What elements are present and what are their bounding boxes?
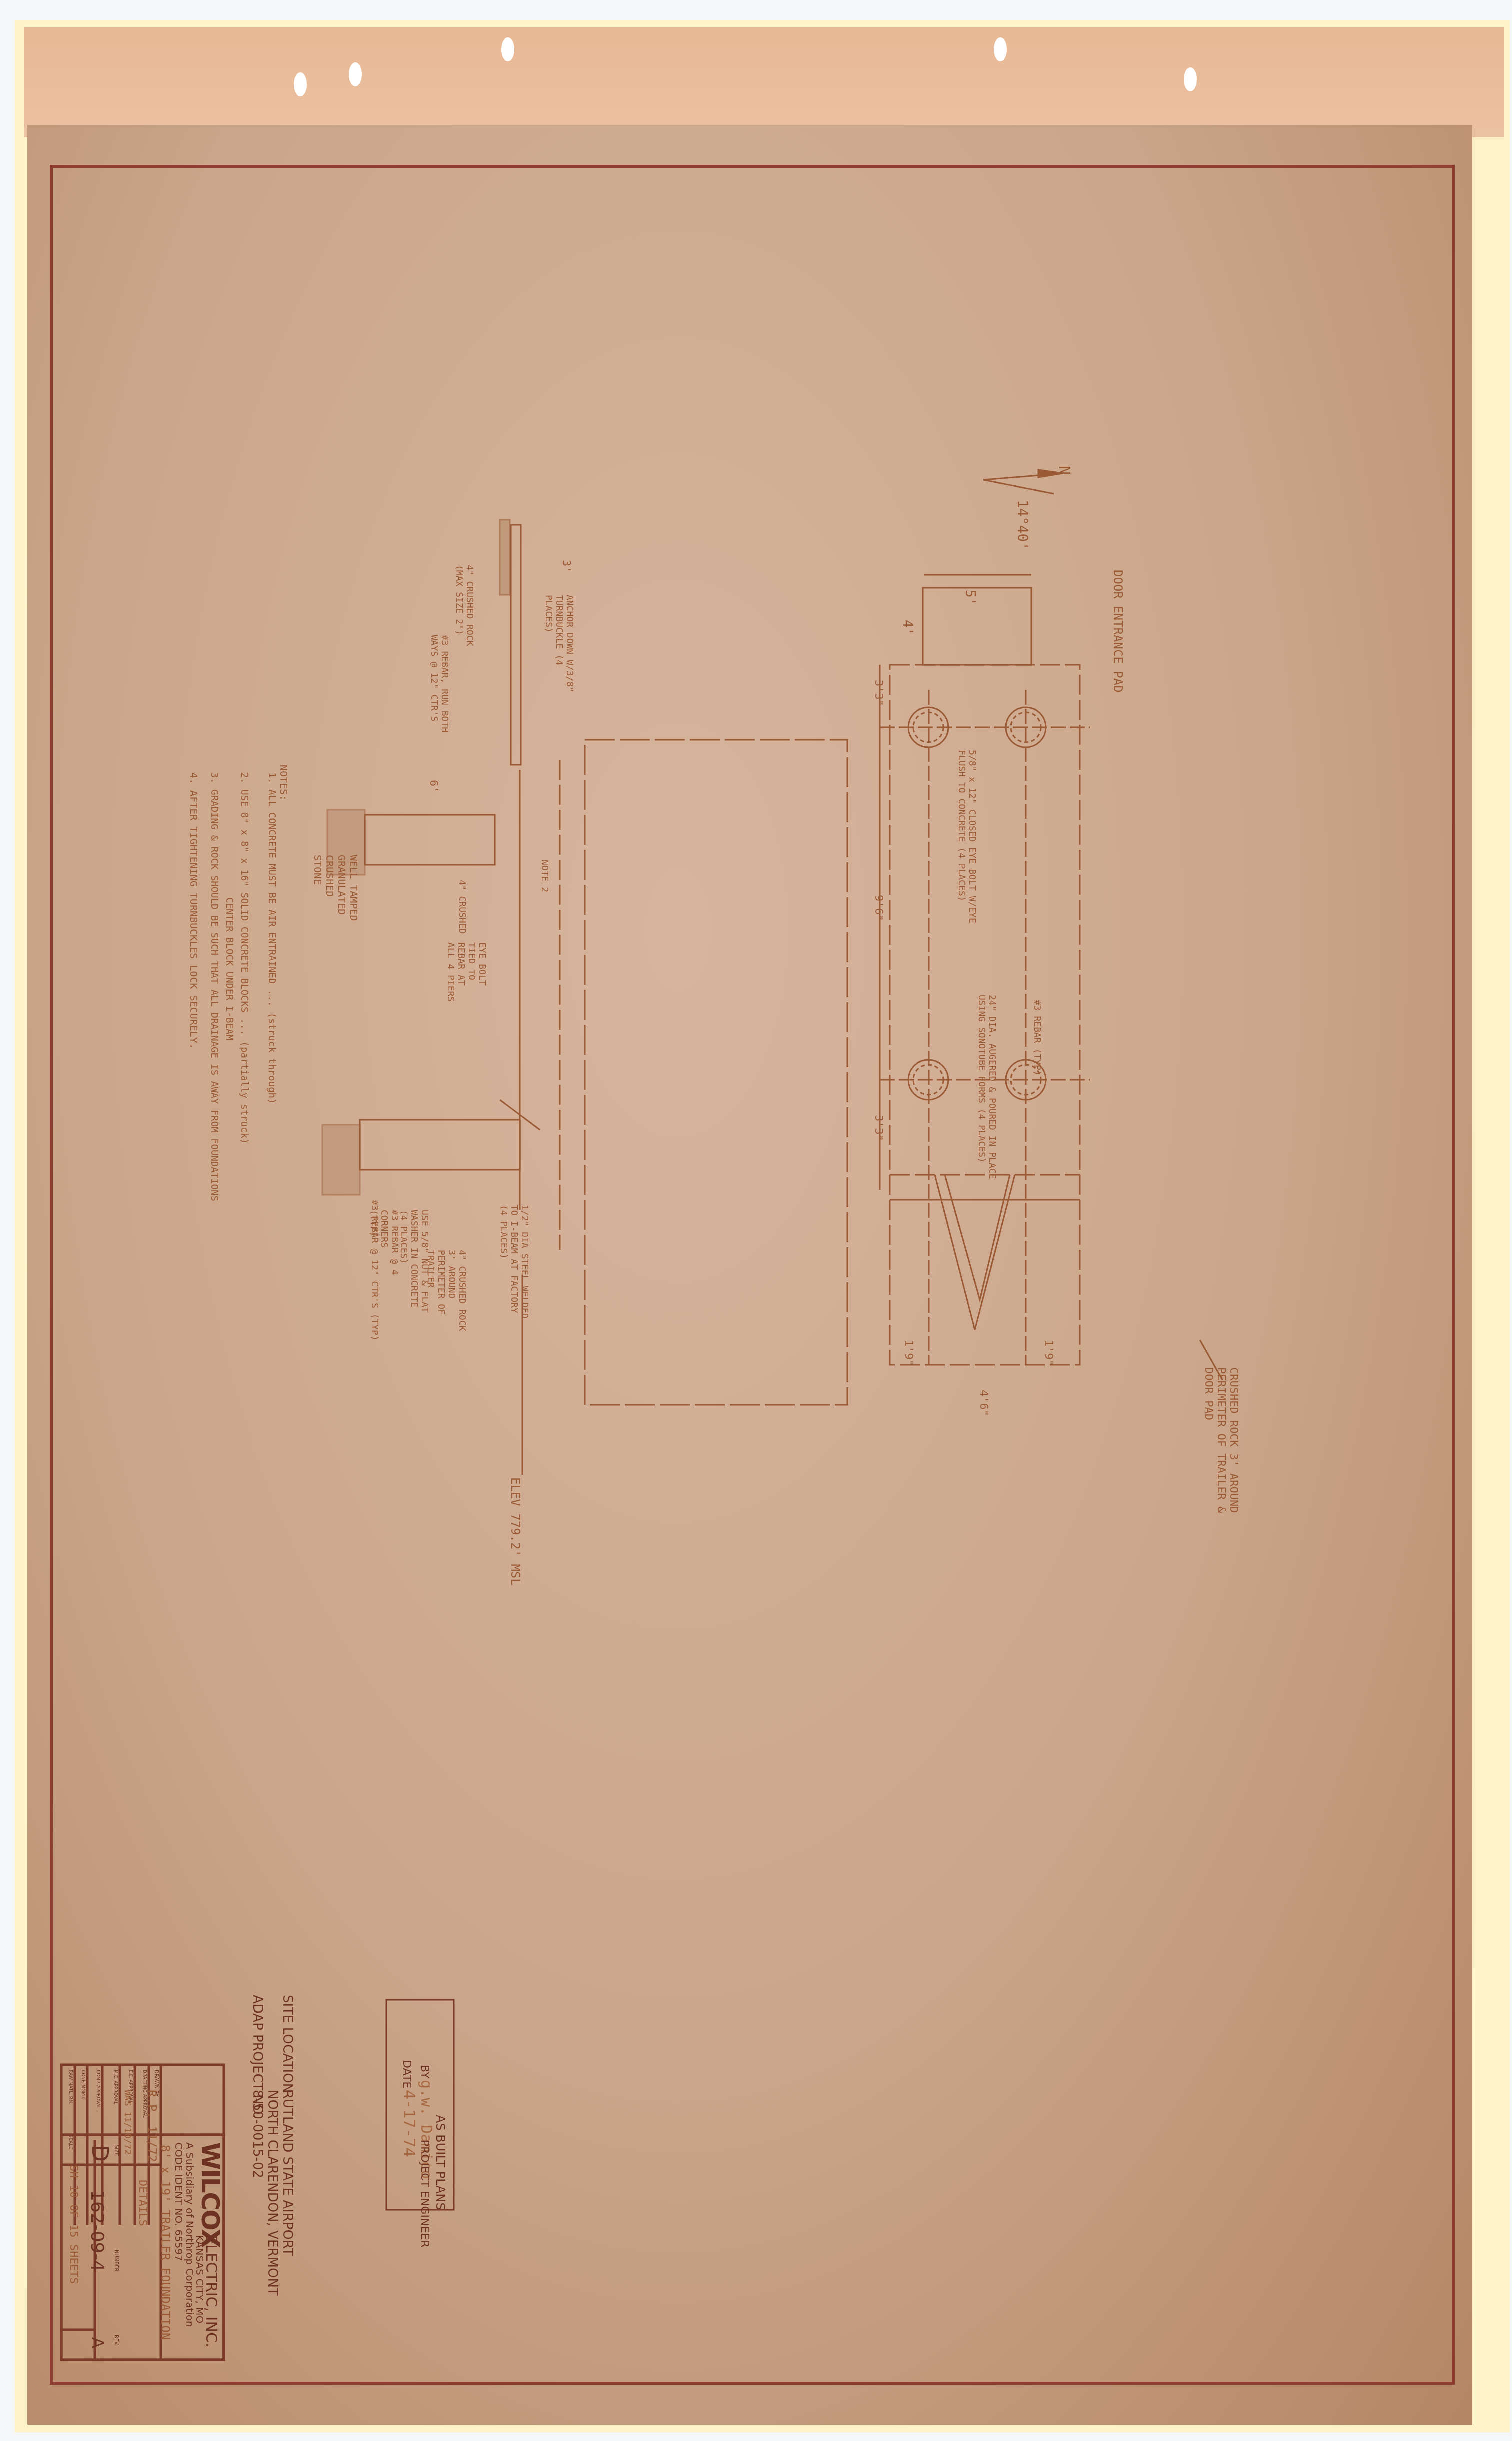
tb-row-label: CONF. MGMT. [80, 2070, 85, 2099]
north-label: N [1055, 466, 1073, 475]
rev-value: A [88, 2337, 107, 2348]
project-number: 8-50-0015-02 [250, 2090, 265, 2178]
as-built-by-label: BY [418, 2065, 431, 2078]
rebar-typ-callout: #3 REBAR (TYP) [1032, 1000, 1042, 1076]
dim-3ft: 3' [560, 560, 572, 573]
code-ident: CODE IDENT NO. 65597 [173, 2142, 185, 2261]
eye-bolt-tied-callout: EYE BOLT TIED TO REBAR AT ALL 4 PIERS [445, 942, 487, 1002]
rebar-corners-callout: #3 REBAR @ 4 CORNERS (TYP) [368, 1210, 400, 1280]
tamped-stone-callout: WELL TAMPED GRANULATED CRUSHED STONE [312, 855, 360, 925]
rebar-both-ways-callout: #3 REBAR, RUN BOTH WAYS @ 12" CTR'S [429, 635, 450, 750]
as-built-role: PROJECT ENGINEER [418, 2140, 431, 2248]
number-label: NUMBER [113, 2250, 119, 2272]
declination-label: 14°40' [1014, 500, 1031, 550]
steel-welded-callout: 1/2" DIA STEEL WELDED TO I-BEAM AT FACTO… [498, 1205, 530, 1325]
crushed-rock-perimeter-callout: CRUSHED ROCK 3' AROUND PERIMETER OF TRAI… [1202, 1367, 1240, 1527]
dim-4-6: 4'6" [977, 1390, 990, 1416]
note-item: 4. AFTER TIGHTENING TURNBUCKLES LOCK SEC… [188, 772, 200, 1049]
tb-row-label: DRAFTING APPROVAL [142, 2070, 147, 2118]
drawing-title: 8' x 19' TRAILER FOUNDATION [158, 2145, 172, 2340]
elevation-label: ELEV 779.2' MSL [508, 1477, 522, 1586]
as-built-date: 4-17-74 [400, 2090, 419, 2157]
crushed-rock-trailer-callout: 4" CRUSHED ROCK 3' AROUND PERIMETER OF T… [425, 1250, 467, 1340]
site-location-line1: RUTLAND STATE AIRPORT [280, 2090, 295, 2256]
door-pad-label: DOOR ENTRANCE PAD [1111, 570, 1125, 693]
company-subsidiary: A Subsidiary of Northrop Corporation [184, 2142, 196, 2327]
as-built-date-label: DATE [400, 2060, 413, 2088]
tb-row-label: RAW MATL. P.N. [68, 2070, 73, 2104]
tb-row-label: COMP. APPROVAL [95, 2070, 100, 2109]
eye-bolt-callout: 5/8" x 12" CLOSED EYE BOLT W/EYE FLUSH T… [956, 750, 977, 930]
note-2-ref: NOTE 2 [539, 860, 550, 892]
sheet-count: SH 10 OF 15 SHEETS [67, 2165, 80, 2284]
drawing-linework [0, 0, 1512, 2441]
crushed-4in-label: 4" CRUSHED [457, 880, 467, 934]
drawing-subtitle: DETAILS [136, 2180, 149, 2226]
crushed-rock-4in-callout: 4" CRUSHED ROCK (MAX SIZE 2") [454, 565, 475, 655]
dim-3-3-top: 3'3" [872, 680, 885, 706]
turnbuckle-callout: ANCHOR DOWN W/3/8" TURNBUCKLE (4 PLACES) [543, 595, 575, 695]
notes-heading: NOTES: [278, 765, 290, 801]
tb-row-value: R.P. 11/72 [145, 2090, 159, 2162]
note-item: 3. GRADING & ROCK SHOULD BE SUCH THAT AL… [209, 772, 220, 1201]
dim-9-6: 9'6" [872, 895, 885, 921]
size-value: D [87, 2145, 112, 2162]
door-pad-depth: 4' [900, 620, 915, 635]
note-item: 1. ALL CONCRETE MUST BE AIR ENTRAINED ..… [266, 772, 277, 1104]
door-pad-width: 5' [962, 590, 977, 605]
tb-row-value: WAS 11/10/72 [122, 2090, 133, 2155]
size-label: SIZE [113, 2145, 119, 2156]
auger-pier-callout: 24" DIA. AUGERED & POURED IN PLACE USING… [976, 995, 997, 1185]
dim-3-3-bottom: 3'3" [872, 1115, 885, 1141]
company-logo: WILCOX [196, 2142, 225, 2247]
note-item: 2. USE 8" x 8" x 16" SOLID CONCRETE BLOC… [239, 772, 250, 1144]
note-item: CENTER BLOCK UNDER I-BEAM [224, 897, 235, 1040]
site-location-line2: NORTH CLARENDON, VERMONT [265, 2090, 280, 2296]
rev-label: REV. [113, 2335, 119, 2346]
drawing-number: 162-09-4 [87, 2190, 107, 2271]
dim-6ft: 6' [427, 780, 440, 793]
tb-row-label: M.E. APPROVAL [113, 2070, 118, 2104]
north-arrow-icon [983, 470, 1063, 494]
tb-scale-label: SCALE [68, 2135, 73, 2149]
as-built-title: AS BUILT PLANS [433, 2115, 447, 2210]
dim-1-9-right: 1'9" [1042, 1340, 1055, 1366]
dim-1-9-left: 1'9" [902, 1340, 915, 1366]
site-location-label: SITE LOCATION [280, 1995, 295, 2093]
